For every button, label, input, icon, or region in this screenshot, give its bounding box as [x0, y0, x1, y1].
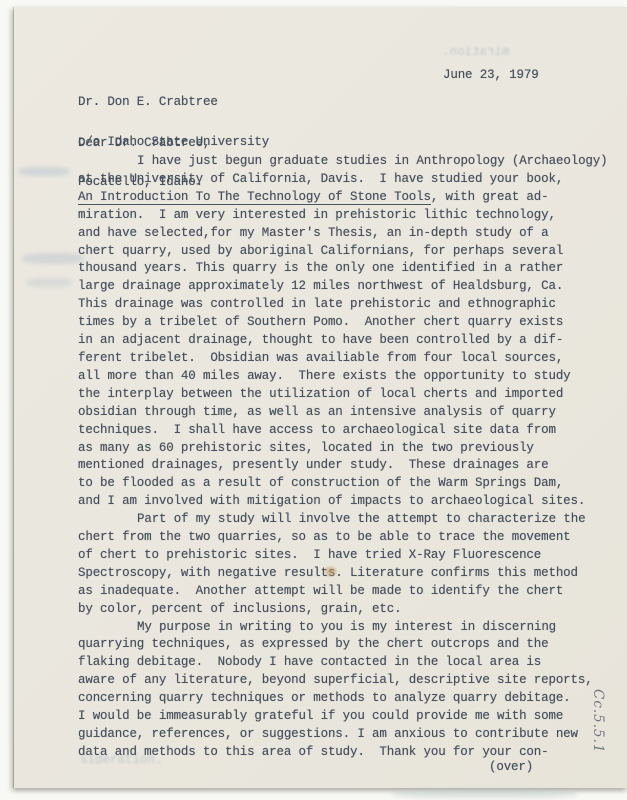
letter-line: as inadequate. Another attempt will be m…	[78, 583, 607, 601]
archival-annotation-handwritten: Cc.5.5.1	[590, 689, 606, 799]
letter-line: aware of any literature, beyond superfic…	[78, 672, 607, 690]
letter-line: as many as 60 prehistoric sites, located…	[78, 440, 607, 458]
ink-stain	[324, 566, 337, 577]
letter-line: chert quarry, used by aboriginal Califor…	[78, 243, 607, 261]
letter-line: techniques. I shall have access to archa…	[78, 422, 607, 440]
letter-line: quarrying techniques, as expressed by th…	[78, 636, 607, 654]
letter-line: ferent tribelet. Obsidian was availiable…	[78, 350, 607, 368]
letter-line: large drainage approximately 12 miles no…	[78, 278, 607, 296]
bleedthrough-smudge	[26, 278, 72, 287]
letter-line: by color, percent of inclusions, grain, …	[78, 601, 607, 619]
letter-line: obsidian through time, as well as an int…	[78, 404, 607, 422]
letter-line: all more than 40 miles away. There exist…	[78, 368, 607, 386]
letter-line: I would be immeasurably grateful if you …	[78, 708, 607, 726]
letter-line: Part of my study will involve the attemp…	[78, 511, 607, 529]
over-note: (over)	[489, 760, 533, 774]
letter-line: times by a tribelet of Southern Pomo. An…	[78, 314, 607, 332]
bleedthrough-smudge	[22, 253, 84, 264]
letter-line: at the University of California, Davis. …	[78, 171, 607, 189]
letter-line: of chert to prehistoric sites. I have tr…	[78, 547, 607, 565]
letter-body: I have just begun graduate studies in An…	[78, 153, 607, 762]
recipient-line: Dr. Don E. Crabtree	[78, 96, 269, 109]
letter-line: This drainage was controlled in late pre…	[78, 296, 607, 314]
letter-date: June 23, 1979	[443, 69, 539, 82]
letter-line: guidance, references, or suggestions. I …	[78, 726, 607, 744]
scanned-letter: miration. Dr. Don E. Crabtree c/o Idaho …	[0, 0, 627, 800]
letter-line: and have selected,for my Master's Thesis…	[78, 225, 607, 243]
letter-line: and I am involved with mitigation of imp…	[78, 493, 607, 511]
salutation: Dear Dr. Crabtree,	[78, 136, 210, 150]
letter-line: the interplay between the utilization of…	[78, 386, 607, 404]
letter-line: My purpose in writing to you is my inter…	[78, 619, 607, 637]
letter-line: chert from the two quarries, so as to be…	[78, 529, 607, 547]
letter-line: flaking debitage. Nobody I have contacte…	[78, 654, 607, 672]
letter-line: mentioned drainages, presently under stu…	[78, 457, 607, 475]
letter-line: to be flooded as a result of constructio…	[78, 475, 607, 493]
letter-line: Spectroscopy, with negative results. Lit…	[78, 565, 607, 583]
letter-line: thousand years. This quarry is the only …	[78, 260, 607, 278]
letter-line: miration. I am very interested in prehis…	[78, 207, 607, 225]
letter-line: I have just begun graduate studies in An…	[78, 153, 607, 171]
bleedthrough-smudge	[18, 167, 70, 176]
letter-line: in an adjacent drainage, thought to have…	[78, 332, 607, 350]
bleedthrough-text-top: miration.	[442, 45, 510, 59]
scan-edge-smudge	[392, 790, 577, 798]
letter-page: miration. Dr. Don E. Crabtree c/o Idaho …	[14, 7, 627, 788]
letter-line: An Introduction To The Technology of Sto…	[78, 189, 607, 207]
letter-line: concerning quarry techniques or methods …	[78, 690, 607, 708]
